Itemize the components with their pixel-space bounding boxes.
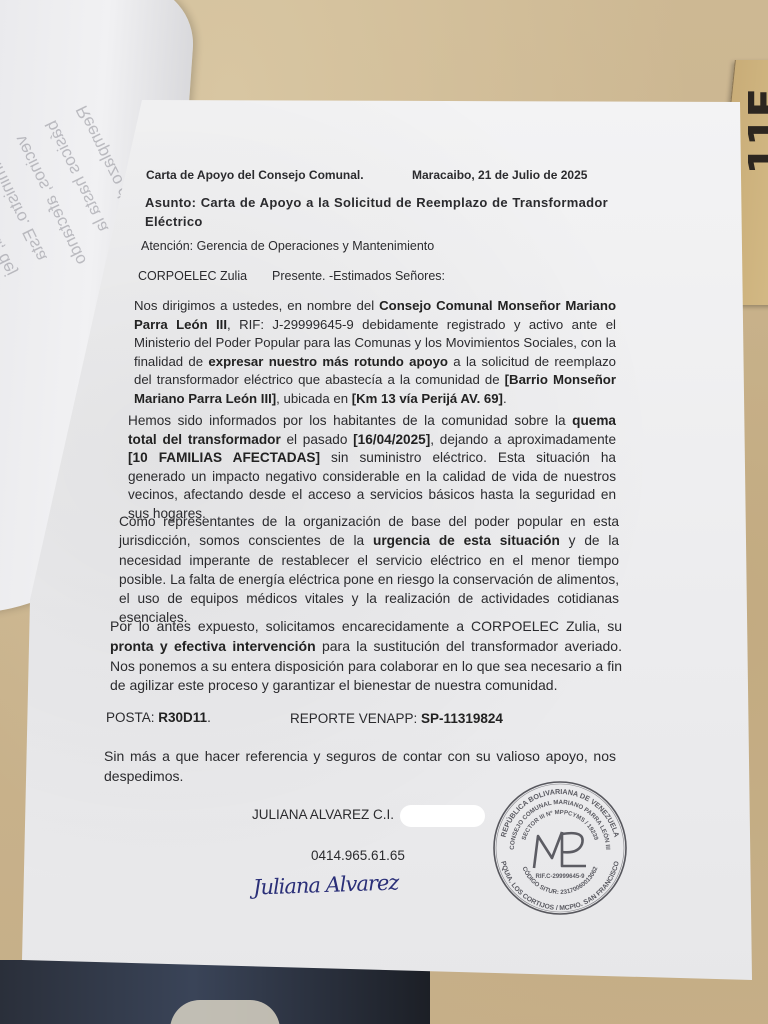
- council-seal-stamp: REPÚBLICA BOLIVARIANA DE VENEZUELA CONSE…: [490, 778, 630, 918]
- letter-heading: Carta de Apoyo del Consejo Comunal.: [146, 166, 364, 185]
- attention-line: Atención: Gerencia de Operaciones y Mant…: [141, 237, 434, 256]
- handwritten-signature: Juliana Alvarez: [253, 873, 399, 897]
- recipient-name: CORPOELEC Zulia: [138, 267, 247, 286]
- greeting: Presente. -Estimados Señores:: [272, 267, 445, 286]
- signer-phone: 0414.965.61.65: [311, 847, 405, 866]
- paragraph-2: Hemos sido informados por los habitantes…: [128, 412, 616, 523]
- letter-subject: Asunto: Carta de Apoyo a la Solicitud de…: [145, 194, 608, 231]
- paragraph-4: Por lo antes expuesto, solicitamos encar…: [110, 617, 622, 696]
- venapp-report: REPORTE VENAPP: SP-11319824: [290, 710, 503, 729]
- letter-document: Carta de Apoyo del Consejo Comunal. Mara…: [0, 0, 768, 1024]
- svg-text:PQUIA. LOS CORTIJOS / MCPIO. S: PQUIA. LOS CORTIJOS / MCPIO. SAN FRANCIS…: [499, 860, 621, 912]
- signer-name: JULIANA ALVAREZ C.I.: [252, 806, 394, 825]
- redacted-id: [400, 805, 485, 827]
- letter-date: Maracaibo, 21 de Julio de 2025: [412, 166, 587, 185]
- paragraph-1: Nos dirigimos a ustedes, en nombre del C…: [134, 297, 616, 408]
- mpl-monogram: [534, 832, 586, 868]
- paragraph-3: Como representantes de la organización d…: [119, 512, 619, 628]
- posta-reference: POSTA: R30D11.: [106, 709, 211, 728]
- svg-text:CÓDIGO SITUR: 23170060013062: CÓDIGO SITUR: 23170060013062: [521, 865, 600, 896]
- svg-text:RIF.C-29999645-9: RIF.C-29999645-9: [535, 874, 585, 880]
